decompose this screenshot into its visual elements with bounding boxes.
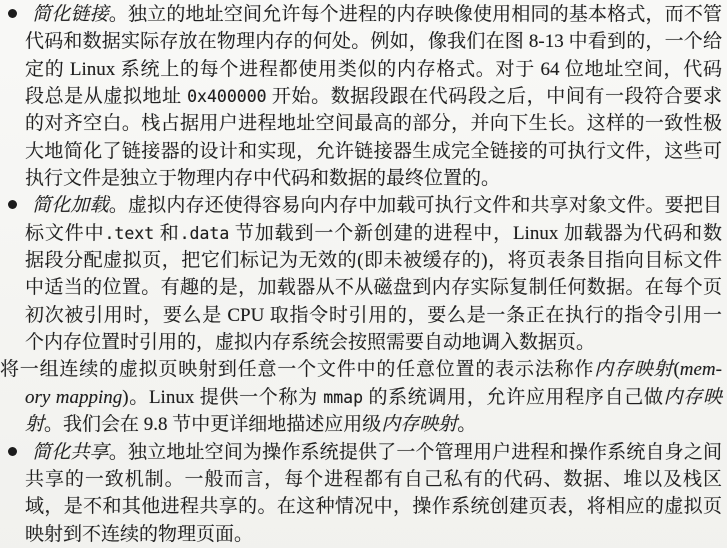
text-line: 执行文件是独立于物理内存中代码和数据的最终位置的。 (0, 165, 727, 192)
text-segment: 据段分配虚拟页，把它们标记为无效的(即未被缓存的)，将页表条目指向目标文件 (25, 250, 722, 271)
page-text: 简化链接。独立的地址空间允许每个进程的内存映像使用相同的基本格式，而不管代码和数… (0, 1, 727, 548)
text-segment: 将一组连续的虚拟页映射到任意一个文件中的任意位置的表示法称作 (0, 359, 594, 380)
text-segment: 定的 Linux 系统上的每个进程都使用类似的内存格式。对于 64 位地址空间，… (25, 59, 722, 80)
text-line: 初次被引用时，要么是 CPU 取指令时引用的，要么是一条正在执行的指令引用一 (0, 302, 727, 329)
text-line: 个内存位置时引用的，虚拟内存系统会按照需要自动地调入数据页。 (0, 329, 727, 356)
text-line: 中适当的位置。有趣的是，加载器从不从磁盘到内存实际复制任何数据。在每个页 (0, 274, 727, 301)
text-segment: 开始。数据段跟在代码段之后，中间有一段符合要求 (267, 86, 722, 107)
text-segment: 内存映 (664, 387, 722, 408)
text-segment: 节加载到一个新创建的进程中，Linux 加载器为代码和数 (229, 223, 722, 244)
text-segment: 。独立地址空间为操作系统提供了一个管理用户进程和操作系统自身之间 (109, 442, 722, 463)
text-segment: 。 (457, 414, 476, 435)
text-segment: 内存映射 (594, 359, 673, 380)
text-segment: 简化共享 (32, 442, 109, 463)
text-line: 共享的一致机制。一般而言，每个进程都有自己私有的代码、数据、堆以及栈区 (0, 466, 727, 493)
text-segment: 。虚拟内存还使得容易向内存中加载可执行文件和共享对象文件。要把目 (109, 195, 722, 216)
text-line: 将一组连续的虚拟页映射到任意一个文件中的任意位置的表示法称作内存映射(mem- (0, 356, 727, 383)
text-line: ory mapping)。Linux 提供一个称为 mmap 的系统调用，允许应… (0, 384, 727, 411)
text-line: 映射到不连续的物理页面。 (0, 521, 727, 548)
text-segment: .text (104, 224, 154, 243)
text-segment: 标文件中 (25, 223, 104, 244)
text-segment: 简化链接 (32, 4, 109, 25)
text-segment: mmap (323, 388, 363, 407)
text-segment: 大地简化了链接器的设计和实现，允许链接器生成完全链接的可执行文件，这些可 (25, 141, 722, 162)
text-segment: 内存映射 (381, 414, 457, 435)
text-segment: 中适当的位置。有趣的是，加载器从不从磁盘到内存实际复制任何数据。在每个页 (25, 277, 722, 298)
text-segment: mem- (680, 359, 722, 380)
text-segment: 共享的一致机制。一般而言，每个进程都有自己私有的代码、数据、堆以及栈区 (25, 469, 722, 490)
text-segment: 执行文件是独立于物理内存中代码和数据的最终位置的。 (25, 168, 500, 189)
text-segment: 代码和数据实际存放在物理内存的何处。例如，像我们在图 8-13 中看到的，一个给 (25, 31, 722, 52)
text-segment: 的对齐空白。栈占据用户进程地址空间最高的部分，并向下生长。这样的一致性极 (25, 113, 722, 134)
text-line: 简化链接。独立的地址空间允许每个进程的内存映像使用相同的基本格式，而不管 (0, 1, 727, 28)
text-line: 的对齐空白。栈占据用户进程地址空间最高的部分，并向下生长。这样的一致性极 (0, 110, 727, 137)
text-segment: .data (180, 224, 230, 243)
text-segment: 简化加载 (32, 195, 109, 216)
bullet-icon (8, 9, 17, 18)
text-segment: 映射到不连续的物理页面。 (25, 524, 253, 545)
book-page: 简化链接。独立的地址空间允许每个进程的内存映像使用相同的基本格式，而不管代码和数… (0, 0, 727, 548)
bullet-icon (8, 447, 17, 456)
text-segment: 段总是从虚拟地址 (25, 86, 187, 107)
text-segment: 初次被引用时，要么是 CPU 取指令时引用的，要么是一条正在执行的指令引用一 (25, 305, 722, 326)
text-segment: 域，是不和其他进程共享的。在这种情况中，操作系统创建页表，将相应的虚拟页 (25, 496, 722, 517)
text-line: 大地简化了链接器的设计和实现，允许链接器生成完全链接的可执行文件，这些可 (0, 138, 727, 165)
text-segment: 个内存位置时引用的，虚拟内存系统会按照需要自动地调入数据页。 (25, 332, 595, 353)
text-segment: ory mapping (25, 387, 122, 408)
text-segment: 的系统调用，允许应用程序自己做 (363, 387, 664, 408)
text-line: 段总是从虚拟地址 0x400000 开始。数据段跟在代码段之后，中间有一段符合要… (0, 83, 727, 110)
text-line: 射。我们会在 9.8 节中更详细地描述应用级内存映射。 (0, 411, 727, 438)
text-line: 标文件中.text 和.data 节加载到一个新创建的进程中，Linux 加载器… (0, 220, 727, 247)
text-line: 定的 Linux 系统上的每个进程都使用类似的内存格式。对于 64 位地址空间，… (0, 56, 727, 83)
text-segment: 。独立的地址空间允许每个进程的内存映像使用相同的基本格式，而不管 (109, 4, 722, 25)
text-line: 简化共享。独立地址空间为操作系统提供了一个管理用户进程和操作系统自身之间 (0, 439, 727, 466)
text-segment: 0x400000 (187, 87, 266, 106)
text-segment: )。Linux 提供一个称为 (122, 387, 323, 408)
bullet-icon (8, 200, 17, 209)
text-segment: 。我们会在 9.8 节中更详细地描述应用级 (44, 414, 381, 435)
text-line: 代码和数据实际存放在物理内存的何处。例如，像我们在图 8-13 中看到的，一个给 (0, 28, 727, 55)
text-segment: 和 (154, 223, 179, 244)
text-segment: 射 (25, 414, 44, 435)
text-line: 简化加载。虚拟内存还使得容易向内存中加载可执行文件和共享对象文件。要把目 (0, 192, 727, 219)
text-line: 域，是不和其他进程共享的。在这种情况中，操作系统创建页表，将相应的虚拟页 (0, 493, 727, 520)
text-line: 据段分配虚拟页，把它们标记为无效的(即未被缓存的)，将页表条目指向目标文件 (0, 247, 727, 274)
